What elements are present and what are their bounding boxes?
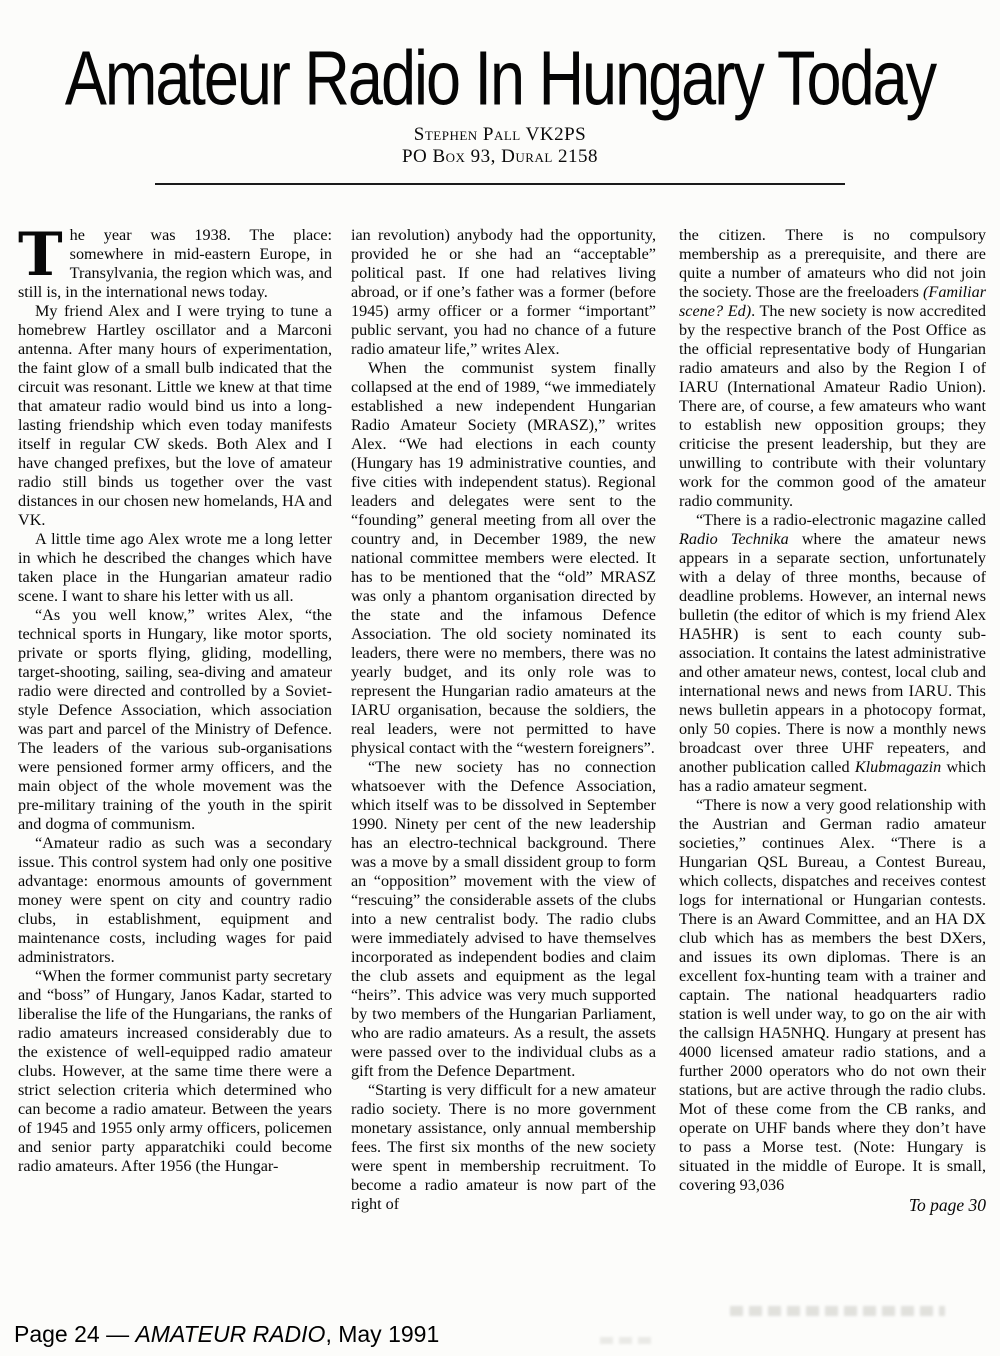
- paragraph: the citizen. There is no compulsory memb…: [679, 226, 986, 511]
- paragraph: My friend Alex and I were trying to tune…: [18, 302, 332, 530]
- paragraph: “Amateur radio as such was a secondary i…: [18, 834, 332, 967]
- text-segment: “There is now a very good relationship w…: [679, 796, 986, 1194]
- text-segment: My friend Alex and I were trying to tune…: [18, 302, 332, 529]
- paragraph: A little time ago Alex wrote me a long l…: [18, 530, 332, 606]
- scan-smudge: [730, 1306, 945, 1316]
- drop-cap: T: [18, 229, 63, 281]
- text-segment: “The new society has no connection whats…: [351, 758, 656, 1080]
- continuation-note: To page 30: [679, 1195, 986, 1216]
- paragraph: “Starting is very difficult for a new am…: [351, 1081, 656, 1214]
- article-column-3: the citizen. There is no compulsory memb…: [679, 226, 986, 1216]
- text-segment: where the amateur news appears in a sepa…: [679, 530, 986, 776]
- text-segment: Radio Technika: [679, 530, 789, 548]
- footer-magazine-title: AMATEUR RADIO: [135, 1321, 325, 1347]
- footer: Page 24 — AMATEUR RADIO, May 1991: [14, 1321, 439, 1348]
- article-body: The year was 1938. The place: somewhere …: [18, 226, 986, 1216]
- footer-page-label: Page 24 —: [14, 1321, 135, 1347]
- paragraph: “The new society has no connection whats…: [351, 758, 656, 1081]
- article-column-2: ian revolution) anybody had the opportun…: [351, 226, 656, 1216]
- article-column-1: The year was 1938. The place: somewhere …: [18, 226, 332, 1216]
- paragraph: “As you well know,” writes Alex, “the te…: [18, 606, 332, 834]
- text-segment: ian revolution) anybody had the opportun…: [351, 226, 656, 358]
- footer-issue-date: , May 1991: [325, 1321, 439, 1347]
- text-segment: When the communist system finally collap…: [351, 359, 656, 757]
- paragraph: “There is a radio-electronic magazine ca…: [679, 511, 986, 796]
- text-segment: “Starting is very difficult for a new am…: [351, 1081, 656, 1213]
- paragraph: “When the former communist party secreta…: [18, 967, 332, 1176]
- text-segment: he year was 1938. The place: somewhere i…: [18, 226, 332, 301]
- text-segment: Klubmagazin: [855, 758, 941, 776]
- text-segment: . The new society is now accredited by t…: [679, 302, 986, 510]
- scan-smudge: [600, 1337, 655, 1344]
- paragraph: “There is now a very good relationship w…: [679, 796, 986, 1195]
- text-segment: “Amateur radio as such was a secondary i…: [18, 834, 332, 966]
- page-title: Amateur Radio In Hungary Today: [0, 30, 1000, 128]
- text-segment: “As you well know,” writes Alex, “the te…: [18, 606, 332, 833]
- text-segment: A little time ago Alex wrote me a long l…: [18, 530, 332, 605]
- masthead: Amateur Radio In Hungary Today Stephen P…: [0, 0, 1000, 185]
- paragraph: ian revolution) anybody had the opportun…: [351, 226, 656, 359]
- text-segment: “There is a radio-electronic magazine ca…: [696, 511, 986, 529]
- divider-rule: [155, 183, 845, 185]
- byline-address: PO Box 93, Dural 2158: [0, 146, 1000, 168]
- paragraph: The year was 1938. The place: somewhere …: [18, 226, 332, 302]
- text-segment: “When the former communist party secreta…: [18, 967, 332, 1175]
- paragraph: When the communist system finally collap…: [351, 359, 656, 758]
